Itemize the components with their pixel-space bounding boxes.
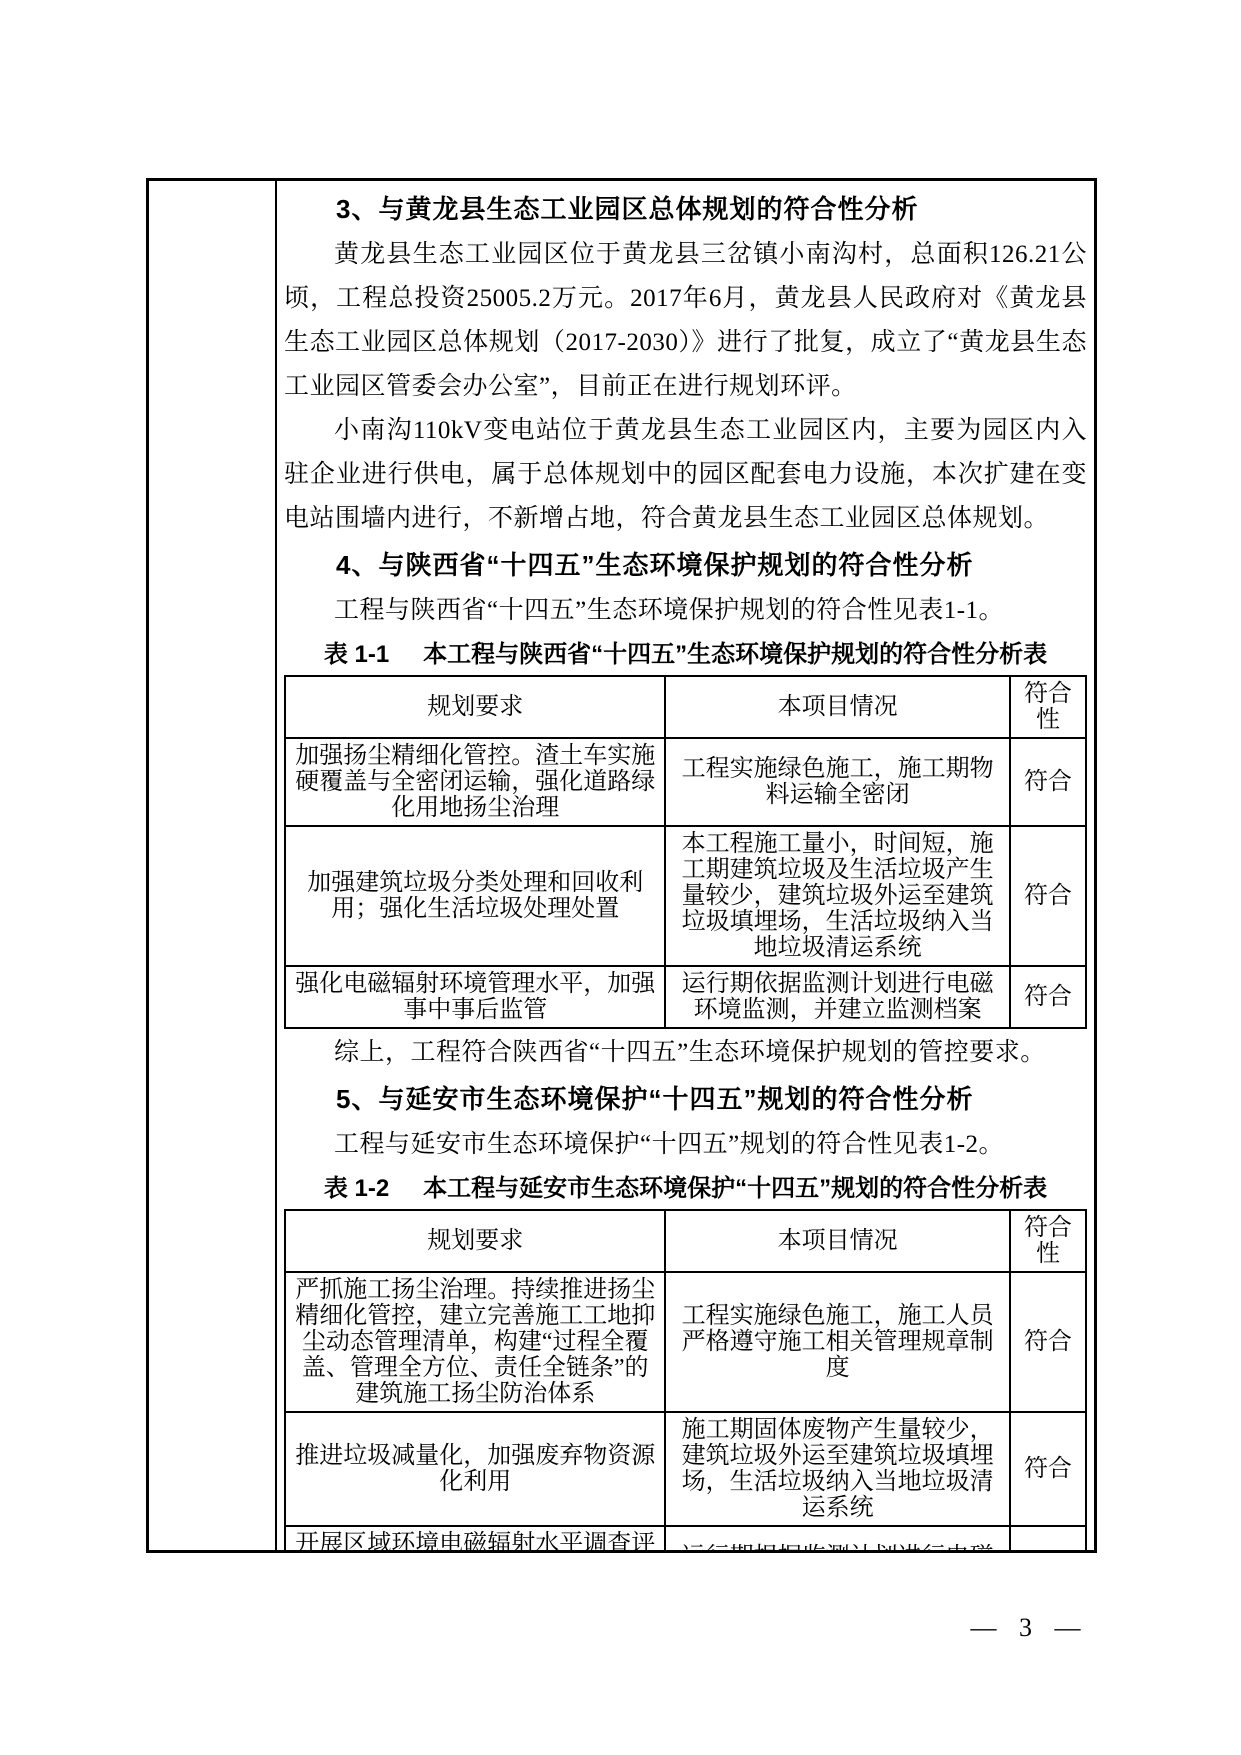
requirement-cell: 加强建筑垃圾分类处理和回收利用；强化生活垃圾处理处置 xyxy=(285,826,665,966)
requirement-cell: 强化电磁辐射环境管理水平，加强事中事后监管 xyxy=(285,966,665,1028)
table-1-2-header-requirement: 规划要求 xyxy=(285,1210,665,1272)
document-page: { "content": { "section3": { "heading": … xyxy=(0,0,1241,1755)
table-1-2-header-project: 本项目情况 xyxy=(665,1210,1009,1272)
table-1-1-header-project: 本项目情况 xyxy=(665,676,1009,738)
requirement-cell: 开展区域环境电磁辐射水平调查评价，规范申报登记，强化事中事后监管 xyxy=(285,1526,665,1550)
table-1-2-header-conformity: 符合性 xyxy=(1010,1210,1086,1272)
table-row: 严抓施工扬尘治理。持续推进扬尘精细化管控，建立完善施工工地抑尘动态管理清单，构建… xyxy=(285,1272,1086,1412)
project-cell: 本工程施工量小，时间短，施工期建筑垃圾及生活垃圾产生量较少，建筑垃圾外运至建筑垃… xyxy=(665,826,1009,966)
table-1-2-header-row: 规划要求 本项目情况 符合性 xyxy=(285,1210,1086,1272)
table-row: 加强建筑垃圾分类处理和回收利用；强化生活垃圾处理处置 本工程施工量小，时间短，施… xyxy=(285,826,1086,966)
conformity-cell: 符合 xyxy=(1010,1412,1086,1526)
table-1-1-header-requirement: 规划要求 xyxy=(285,676,665,738)
requirement-cell: 严抓施工扬尘治理。持续推进扬尘精细化管控，建立完善施工工地抑尘动态管理清单，构建… xyxy=(285,1272,665,1412)
table-1-1-header-row: 规划要求 本项目情况 符合性 xyxy=(285,676,1086,738)
requirement-cell: 推进垃圾减量化，加强废弃物资源化利用 xyxy=(285,1412,665,1526)
section-4-heading: 4、与陕西省“十四五”生态环境保护规划的符合性分析 xyxy=(284,543,1087,587)
section-5-intro: 工程与延安市生态环境保护“十四五”规划的符合性见表1-2。 xyxy=(284,1123,1087,1167)
table-1-2-caption: 表 1-2本工程与延安市生态环境保护“十四五”规划的符合性分析表 xyxy=(284,1171,1087,1207)
conformity-cell: 符合 xyxy=(1010,1526,1086,1550)
conformity-cell: 符合 xyxy=(1010,826,1086,966)
project-cell: 运行期根据监测计划进行电磁环境监测，并建立监测档案 xyxy=(665,1526,1009,1550)
table-1-1-caption: 表 1-1本工程与陕西省“十四五”生态环境保护规划的符合性分析表 xyxy=(284,637,1087,673)
conformity-cell: 符合 xyxy=(1010,738,1086,826)
section-3-paragraph-1: 黄龙县生态工业园区位于黄龙县三岔镇小南沟村，总面积126.21公顷，工程总投资2… xyxy=(284,233,1087,409)
project-cell: 工程实施绿色施工，施工期物料运输全密闭 xyxy=(665,738,1009,826)
project-cell: 施工期固体废物产生量较少，建筑垃圾外运至建筑垃圾填埋场，生活垃圾纳入当地垃圾清运… xyxy=(665,1412,1009,1526)
table-1-1: 规划要求 本项目情况 符合性 加强扬尘精细化管控。渣土车实施硬覆盖与全密闭运输，… xyxy=(284,675,1087,1029)
table-1-2-caption-label: 表 1-2 xyxy=(324,1175,389,1202)
project-cell: 工程实施绿色施工，施工人员严格遵守施工相关管理规章制度 xyxy=(665,1272,1009,1412)
table-1-1-caption-title: 本工程与陕西省“十四五”生态环境保护规划的符合性分析表 xyxy=(423,641,1047,668)
project-cell: 运行期依据监测计划进行电磁环境监测，并建立监测档案 xyxy=(665,966,1009,1028)
form-box: 3、与黄龙县生态工业园区总体规划的符合性分析 黄龙县生态工业园区位于黄龙县三岔镇… xyxy=(146,178,1097,1553)
table-1-2: 规划要求 本项目情况 符合性 严抓施工扬尘治理。持续推进扬尘精细化管控，建立完善… xyxy=(284,1209,1087,1550)
section-3-heading: 3、与黄龙县生态工业园区总体规划的符合性分析 xyxy=(284,187,1087,231)
section-4-intro: 工程与陕西省“十四五”生态环境保护规划的符合性见表1-1。 xyxy=(284,589,1087,633)
table-1-1-header-conformity: 符合性 xyxy=(1010,676,1086,738)
conformity-cell: 符合 xyxy=(1010,966,1086,1028)
conformity-cell: 符合 xyxy=(1010,1272,1086,1412)
requirement-cell: 加强扬尘精细化管控。渣土车实施硬覆盖与全密闭运输，强化道路绿化用地扬尘治理 xyxy=(285,738,665,826)
table-row: 推进垃圾减量化，加强废弃物资源化利用 施工期固体废物产生量较少，建筑垃圾外运至建… xyxy=(285,1412,1086,1526)
table-1-2-caption-title: 本工程与延安市生态环境保护“十四五”规划的符合性分析表 xyxy=(423,1175,1047,1202)
table-1-1-caption-label: 表 1-1 xyxy=(324,641,389,668)
section-3-paragraph-2: 小南沟110kV变电站位于黄龙县生态工业园区内，主要为园区内入驻企业进行供电，属… xyxy=(284,409,1087,541)
footer-page-number: — 3 — xyxy=(938,1612,1113,1644)
form-content-column: 3、与黄龙县生态工业园区总体规划的符合性分析 黄龙县生态工业园区位于黄龙县三岔镇… xyxy=(277,181,1094,1550)
table-row: 加强扬尘精细化管控。渣土车实施硬覆盖与全密闭运输，强化道路绿化用地扬尘治理 工程… xyxy=(285,738,1086,826)
form-left-column xyxy=(149,181,277,1550)
section-4-conclusion: 综上，工程符合陕西省“十四五”生态环境保护规划的管控要求。 xyxy=(284,1031,1087,1075)
section-5-heading: 5、与延安市生态环境保护“十四五”规划的符合性分析 xyxy=(284,1077,1087,1121)
table-row: 强化电磁辐射环境管理水平，加强事中事后监管 运行期依据监测计划进行电磁环境监测，… xyxy=(285,966,1086,1028)
table-row: 开展区域环境电磁辐射水平调查评价，规范申报登记，强化事中事后监管 运行期根据监测… xyxy=(285,1526,1086,1550)
